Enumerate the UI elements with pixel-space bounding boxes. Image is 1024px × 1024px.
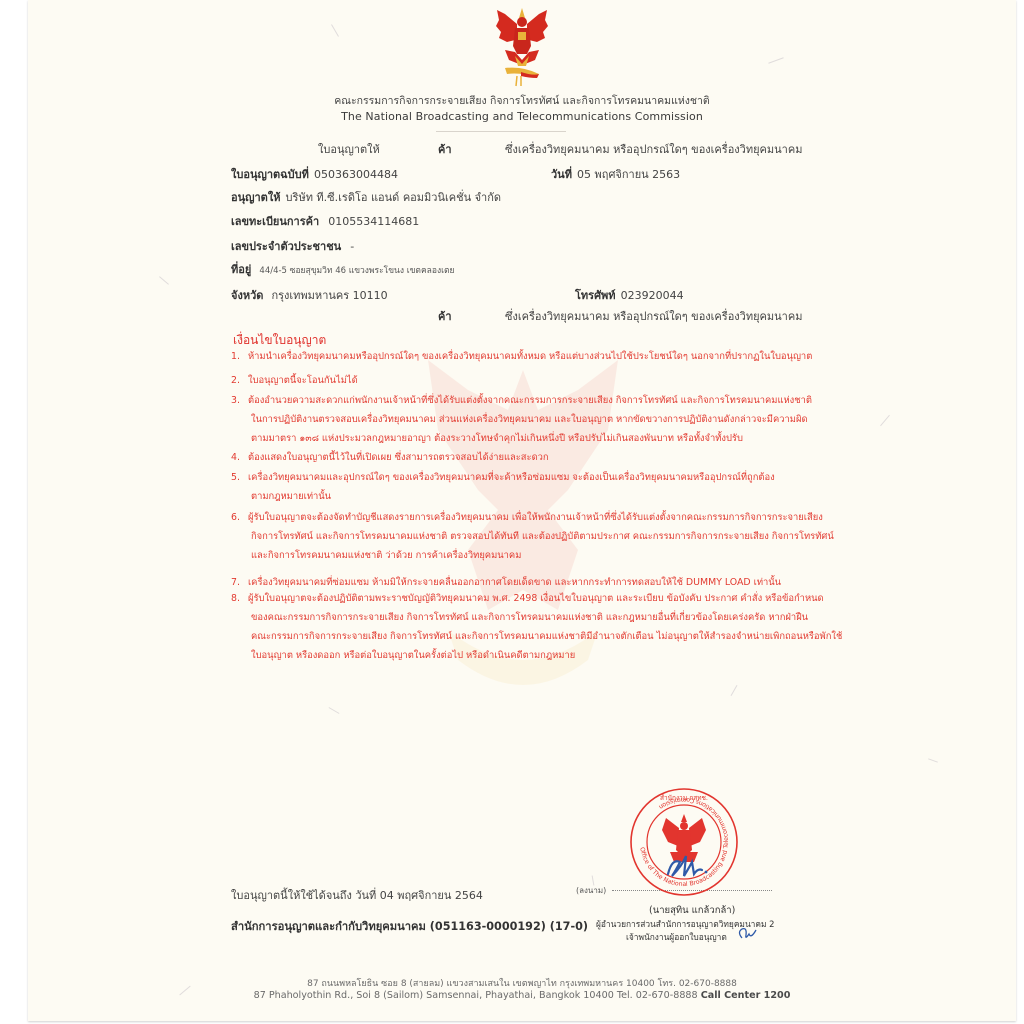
org-name-english: The National Broadcasting and Telecommun… xyxy=(28,110,1016,123)
condition-line: 6. ผู้รับใบอนุญาตจะต้องจัดทำบัญชีแสดงราย… xyxy=(231,508,831,527)
issue-date-row: วันที่ 05 พฤศจิกายน 2563 xyxy=(551,163,680,183)
license-scope: ซึ่งเครื่องวิทยุคมนาคม หรืออุปกรณ์ใดๆ ขอ… xyxy=(505,140,802,158)
svg-text:สำนักงาน กสทช.: สำนักงาน กสทช. xyxy=(660,794,708,802)
license-document: คณะกรรมการกิจการกระจายเสียง กิจการโทรทัศ… xyxy=(28,0,1016,1021)
issuing-office: สำนักการอนุญาตและกำกับวิทยุคมนาคม (05116… xyxy=(231,917,588,935)
citizen-id-label: เลขประจำตัวประชาชน xyxy=(231,240,341,253)
phone-value: 023920044 xyxy=(621,289,684,302)
condition-line: และกิจการโทรคมนาคมแห่งชาติ ว่าด้วย การค้… xyxy=(231,546,831,565)
condition-line: ตามกฎหมายเท่านั้น xyxy=(231,487,831,506)
garuda-emblem-icon xyxy=(493,6,551,88)
validity-text: ใบอนุญาตนี้ให้ใช้ได้จนถึง วันที่ 04 พฤศจ… xyxy=(231,886,483,904)
condition-item: 5. เครื่องวิทยุคมนาคมและอุปกรณ์ใดๆ ของเค… xyxy=(231,468,831,506)
address-row: ที่อยู่ 44/4-5 ซอยสุขุมวิท 46 แขวงพระโขน… xyxy=(231,258,455,278)
condition-number: 4. xyxy=(231,448,245,467)
citizen-id-value: - xyxy=(350,240,354,253)
license-number-value: 050363004484 xyxy=(314,168,398,181)
phone-row: โทรศัพท์ 023920044 xyxy=(575,284,684,304)
footer-address-english: 87 Phaholyothin Rd., Soi 8 (Sailom) Sams… xyxy=(28,990,1016,1001)
paper-fibre xyxy=(159,276,169,284)
province-row: จังหวัด กรุงเทพมหานคร 10110 xyxy=(231,284,388,304)
condition-line: ตามมาตรา ๑๓๘ แห่งประมวลกฎหมายอาญา ต้องระ… xyxy=(231,429,831,448)
condition-line: ใบอนุญาต หรืองดออก หรือต่อใบอนุญาตในครั้… xyxy=(231,646,831,665)
condition-item: 6. ผู้รับใบอนุญาตจะต้องจัดทำบัญชีแสดงราย… xyxy=(231,508,831,565)
issue-date-value: 05 พฤศจิกายน 2563 xyxy=(577,168,680,181)
condition-line: ของคณะกรรมการกิจการกระจายเสียง กิจการโทร… xyxy=(231,608,831,627)
condition-line: 3. ต้องอำนวยความสะดวกแก่พนักงานเจ้าหน้าท… xyxy=(231,391,831,410)
license-scope-repeat: ซึ่งเครื่องวิทยุคมนาคม หรืออุปกรณ์ใดๆ ขอ… xyxy=(505,307,802,325)
paper-fibre xyxy=(329,707,340,714)
citizen-id-row: เลขประจำตัวประชาชน - xyxy=(231,235,354,255)
licensee-value: บริษัท ที.ซี.เรดิโอ แอนด์ คอมมิวนิเคชั่น… xyxy=(286,191,501,204)
condition-line: กิจการโทรทัศน์ และกิจการโทรคมนาคมแห่งชาต… xyxy=(231,527,831,546)
province-value: กรุงเทพมหานคร 10110 xyxy=(271,289,387,302)
trade-registration-value: 0105534114681 xyxy=(328,215,419,228)
trade-registration-label: เลขทะเบียนการค้า xyxy=(231,215,319,228)
condition-item: 4. ต้องแสดงใบอนุญาตนี้ไว้ในที่เปิดเผย ซึ… xyxy=(231,448,831,467)
address-value: 44/4-5 ซอยสุขุมวิท 46 แขวงพระโขนง เขตคลอ… xyxy=(259,266,454,276)
sign-label: (ลงนาม) xyxy=(576,884,606,897)
paper-fibre xyxy=(331,24,339,37)
nbtc-office-seal-icon: Office of The National Broadcasting and … xyxy=(628,786,740,898)
condition-number: 1. xyxy=(231,347,245,366)
header-divider xyxy=(436,131,566,132)
condition-number: 8. xyxy=(231,589,245,608)
initials-icon xyxy=(736,926,758,942)
license-number-label: ใบอนุญาตฉบับที่ xyxy=(231,168,309,181)
condition-line: 8. ผู้รับใบอนุญาตจะต้องปฏิบัติตามพระราชบ… xyxy=(231,589,831,608)
condition-number: 6. xyxy=(231,508,245,527)
address-label: ที่อยู่ xyxy=(231,263,251,276)
call-center: Call Center 1200 xyxy=(701,990,791,1001)
footer-address-english-text: 87 Phaholyothin Rd., Soi 8 (Sailom) Sams… xyxy=(254,990,698,1001)
condition-line: ในการปฏิบัติงานตรวจสอบเครื่องวิทยุคมนาคม… xyxy=(231,410,831,429)
condition-line: 1. ห้ามนำเครื่องวิทยุคมนาคมหรืออุปกรณ์ใด… xyxy=(231,347,831,366)
license-type: ค้า xyxy=(438,140,452,158)
condition-number: 3. xyxy=(231,391,245,410)
condition-item: 1. ห้ามนำเครื่องวิทยุคมนาคมหรืออุปกรณ์ใด… xyxy=(231,347,831,366)
issue-date-label: วันที่ xyxy=(551,168,572,181)
licensee-label: อนุญาตให้ xyxy=(231,191,280,204)
license-type-repeat: ค้า xyxy=(438,307,452,325)
footer-address-thai: 87 ถนนพหลโยธิน ซอย 8 (สายลม) แขวงสามเสนใ… xyxy=(28,976,1016,990)
license-number-row: ใบอนุญาตฉบับที่ 050363004484 xyxy=(231,163,398,183)
condition-number: 5. xyxy=(231,468,245,487)
condition-item: 3. ต้องอำนวยความสะดวกแก่พนักงานเจ้าหน้าท… xyxy=(231,391,831,448)
trade-registration-row: เลขทะเบียนการค้า 0105534114681 xyxy=(231,210,419,230)
org-name-thai: คณะกรรมการกิจการกระจายเสียง กิจการโทรทัศ… xyxy=(28,92,1016,109)
license-type-prefix: ใบอนุญาตให้ xyxy=(318,140,380,158)
signer-name: (นายสุทิน แกล้วกล้า) xyxy=(649,903,735,918)
condition-line: 4. ต้องแสดงใบอนุญาตนี้ไว้ในที่เปิดเผย ซึ… xyxy=(231,448,831,467)
condition-line: 2. ใบอนุญาตนี้จะโอนกันไม่ได้ xyxy=(231,371,831,390)
paper-fibre xyxy=(768,57,783,63)
phone-label: โทรศัพท์ xyxy=(575,289,616,302)
paper-fibre xyxy=(928,758,938,762)
paper-fibre xyxy=(731,685,738,696)
licensee-row: อนุญาตให้ บริษัท ที.ซี.เรดิโอ แอนด์ คอมม… xyxy=(231,186,501,206)
issuer-role: เจ้าพนักงานผู้ออกใบอนุญาต xyxy=(626,930,727,944)
condition-item: 8. ผู้รับใบอนุญาตจะต้องปฏิบัติตามพระราชบ… xyxy=(231,589,831,665)
condition-line: คณะกรรมการกิจการกระจายเสียง กิจการโทรทัศ… xyxy=(231,627,831,646)
condition-number: 2. xyxy=(231,371,245,390)
paper-fibre xyxy=(880,415,890,426)
province-label: จังหวัด xyxy=(231,289,263,302)
condition-item: 2. ใบอนุญาตนี้จะโอนกันไม่ได้ xyxy=(231,371,831,390)
condition-line: 5. เครื่องวิทยุคมนาคมและอุปกรณ์ใดๆ ของเค… xyxy=(231,468,831,487)
